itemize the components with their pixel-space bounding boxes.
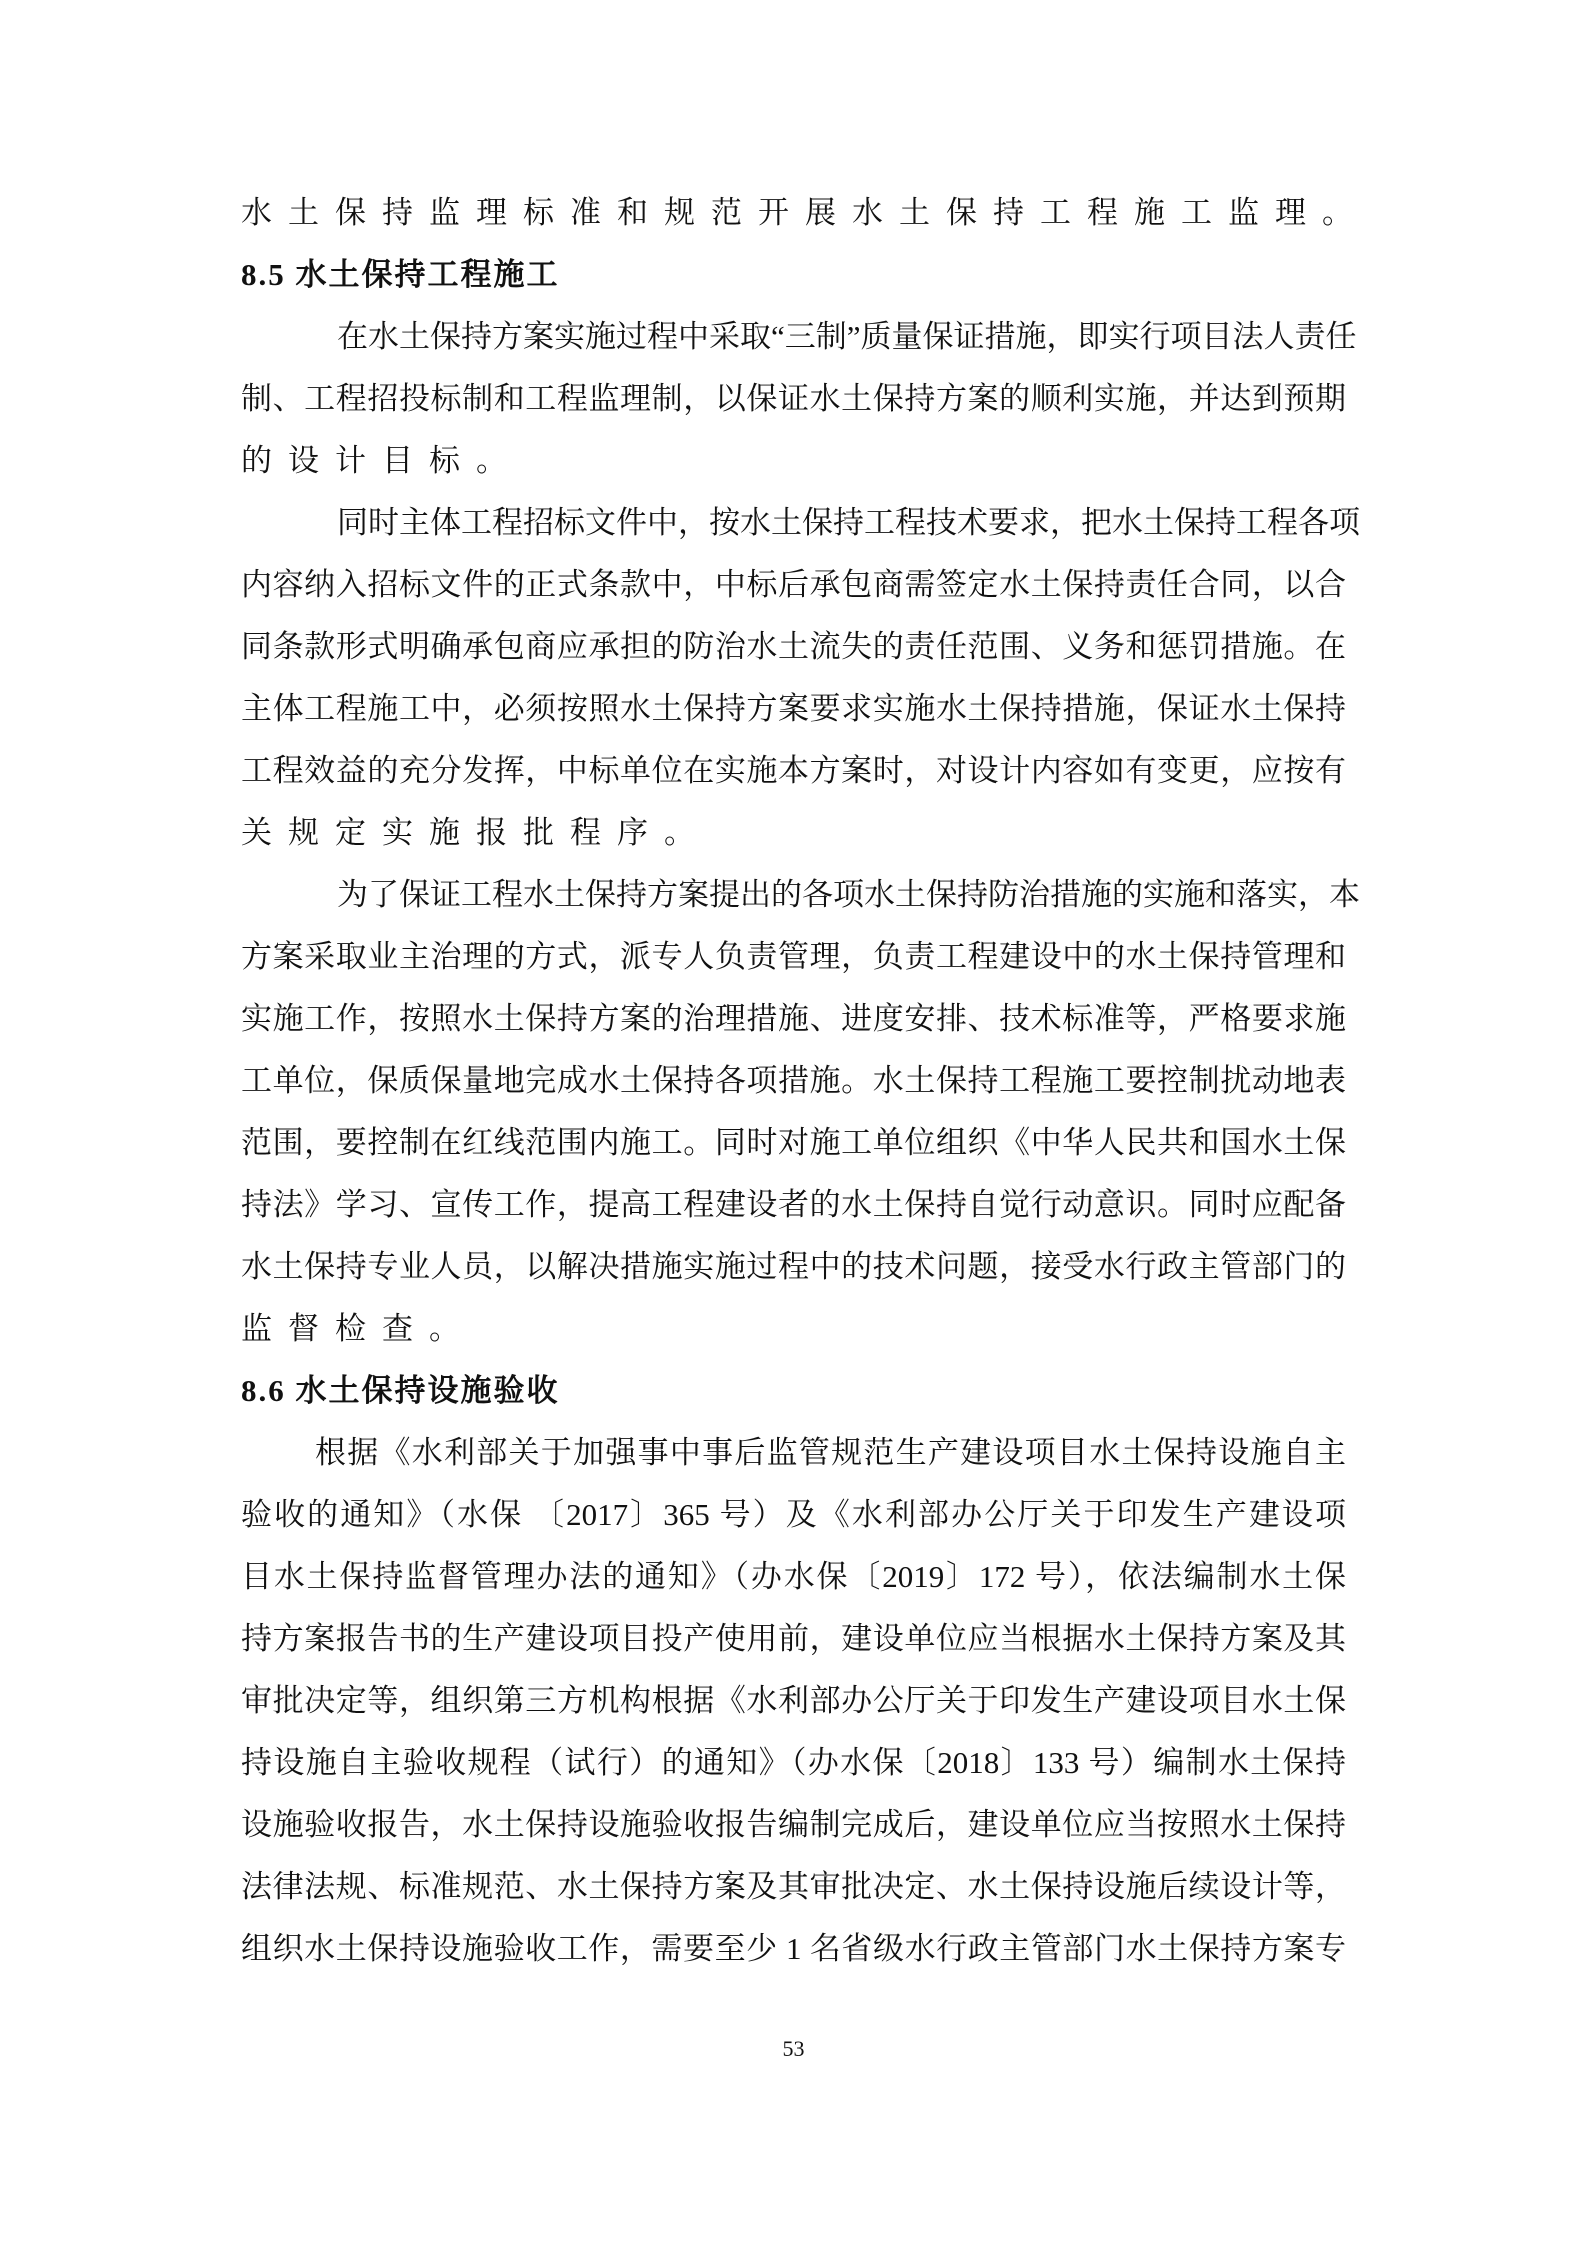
paragraph-line: 范围，要控制在红线范围内施工。同时对施工单位组织《中华人民共和国水土保	[241, 1112, 1346, 1174]
page-body: 水土保持监理标准和规范开展水土保持工程施工监理。 8.5 水土保持工程施工 在水…	[241, 182, 1346, 1980]
page-number: 53	[0, 2036, 1587, 2062]
paragraph-line: 审批决定等，组织第三方机构根据《水利部办公厅关于印发生产建设项目水土保	[241, 1670, 1346, 1732]
paragraph-line: 主体工程施工中，必须按照水土保持方案要求实施水土保持措施，保证水土保持	[241, 678, 1346, 740]
paragraph-line: 目水土保持监督管理办法的通知》（办水保〔2019〕172 号），依法编制水土保	[241, 1546, 1346, 1608]
paragraph-line: 同条款形式明确承包商应承担的防治水土流失的责任范围、义务和惩罚措施。在	[241, 616, 1346, 678]
paragraph-line: 监督检查。	[241, 1298, 1346, 1360]
paragraph-line: 制、工程招投标制和工程监理制，以保证水土保持方案的顺利实施，并达到预期	[241, 368, 1346, 430]
paragraph-line: 方案采取业主治理的方式，派专人负责管理，负责工程建设中的水土保持管理和	[241, 926, 1346, 988]
paragraph-line: 设施验收报告，水土保持设施验收报告编制完成后，建设单位应当按照水土保持	[241, 1794, 1346, 1856]
paragraph-line: 法律法规、标准规范、水土保持方案及其审批决定、水土保持设施后续设计等，	[241, 1856, 1346, 1918]
paragraph-line: 持设施自主验收规程（试行）的通知》（办水保〔2018〕133 号）编制水土保持	[241, 1732, 1346, 1794]
paragraph-line: 工单位，保质保量地完成水土保持各项措施。水土保持工程施工要控制扰动地表	[241, 1050, 1346, 1112]
paragraph-line: 组织水土保持设施验收工作，需要至少 1 名省级水行政主管部门水土保持方案专	[241, 1918, 1346, 1980]
paragraph-line: 在水土保持方案实施过程中采取“三制”质量保证措施，即实行项目法人责任	[241, 306, 1346, 368]
paragraph-line: 内容纳入招标文件的正式条款中，中标后承包商需签定水土保持责任合同，以合	[241, 554, 1346, 616]
paragraph-line: 根据《水利部关于加强事中事后监管规范生产建设项目水土保持设施自主	[241, 1422, 1346, 1484]
paragraph-line: 验收的通知》（水保 〔2017〕365 号）及《水利部办公厅关于印发生产建设项	[241, 1484, 1346, 1546]
document-page: 水土保持监理标准和规范开展水土保持工程施工监理。 8.5 水土保持工程施工 在水…	[0, 0, 1587, 2245]
paragraph-line: 的设计目标。	[241, 430, 1346, 492]
paragraph-line: 持方案报告书的生产建设项目投产使用前，建设单位应当根据水土保持方案及其	[241, 1608, 1346, 1670]
paragraph-line: 水土保持监理标准和规范开展水土保持工程施工监理。	[241, 182, 1346, 244]
section-heading-8-5: 8.5 水土保持工程施工	[241, 244, 1346, 306]
paragraph-line: 关规定实施报批程序。	[241, 802, 1346, 864]
paragraph-line: 工程效益的充分发挥，中标单位在实施本方案时，对设计内容如有变更，应按有	[241, 740, 1346, 802]
paragraph-line: 实施工作，按照水土保持方案的治理措施、进度安排、技术标准等，严格要求施	[241, 988, 1346, 1050]
paragraph-line: 持法》学习、宣传工作，提高工程建设者的水土保持自觉行动意识。同时应配备	[241, 1174, 1346, 1236]
paragraph-line: 同时主体工程招标文件中，按水土保持工程技术要求，把水土保持工程各项	[241, 492, 1346, 554]
paragraph-line: 水土保持专业人员，以解决措施实施过程中的技术问题，接受水行政主管部门的	[241, 1236, 1346, 1298]
paragraph-line: 为了保证工程水土保持方案提出的各项水土保持防治措施的实施和落实，本	[241, 864, 1346, 926]
section-heading-8-6: 8.6 水土保持设施验收	[241, 1360, 1346, 1422]
